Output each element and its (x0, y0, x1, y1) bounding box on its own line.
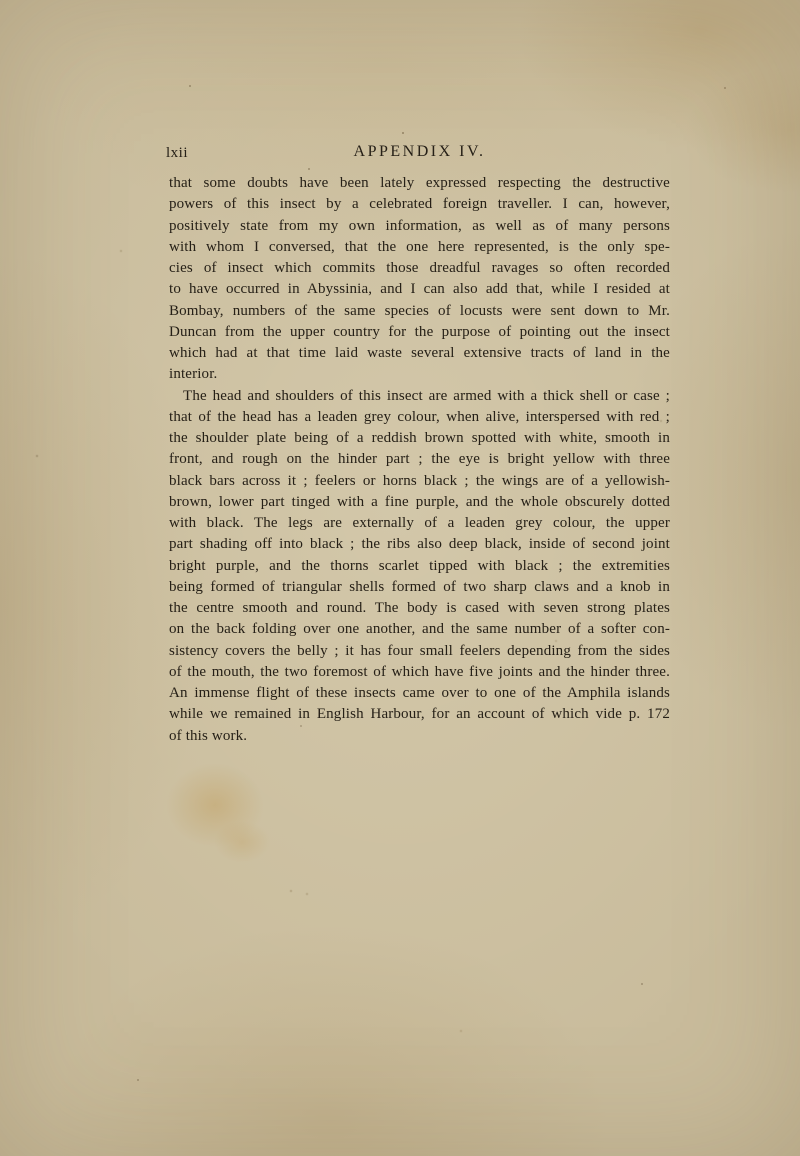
text-line: of the mouth, the two foremost of which … (169, 662, 670, 683)
text-line: The head and shoulders of this insect ar… (169, 386, 670, 407)
book-page: lxii APPENDIX IV. that some doubts have … (0, 0, 800, 1156)
body-text: that some doubts have been lately expres… (169, 173, 670, 747)
text-line: An immense flight of these insects came … (169, 683, 670, 704)
paragraph: The head and shoulders of this insect ar… (169, 386, 670, 747)
running-head: APPENDIX IV. (169, 143, 670, 161)
text-line: the centre smooth and round. The body is… (169, 598, 670, 619)
text-line: front, and rough on the hinder part ; th… (169, 449, 670, 470)
text-line: bright purple, and the thorns scarlet ti… (169, 556, 670, 577)
text-line: interior. (169, 364, 670, 385)
text-line: powers of this insect by a celebrated fo… (169, 194, 670, 215)
text-line: sistency covers the belly ; it has four … (169, 641, 670, 662)
text-line: with black. The legs are externally of a… (169, 513, 670, 534)
text-line: cies of insect which commits those dread… (169, 258, 670, 279)
paragraph: that some doubts have been lately expres… (169, 173, 670, 386)
text-line: the shoulder plate being of a reddish br… (169, 428, 670, 449)
text-line: part shading off into black ; the ribs a… (169, 534, 670, 555)
text-line: that some doubts have been lately expres… (169, 173, 670, 194)
text-line: Duncan from the upper country for the pu… (169, 322, 670, 343)
text-line: with whom I conversed, that the one here… (169, 237, 670, 258)
text-line: while we remained in English Harbour, fo… (169, 704, 670, 725)
text-line: black bars across it ; feelers or horns … (169, 471, 670, 492)
text-line: that of the head has a leaden grey colou… (169, 407, 670, 428)
text-line: on the back folding over one another, an… (169, 619, 670, 640)
text-line: positively state from my own information… (169, 216, 670, 237)
text-line: to have occurred in Abyssinia, and I can… (169, 279, 670, 300)
text-line: being formed of triangular shells formed… (169, 577, 670, 598)
foxing-specks (0, 0, 2, 2)
text-line: brown, lower part tinged with a fine pur… (169, 492, 670, 513)
text-line: of this work. (169, 726, 670, 747)
text-line: Bombay, numbers of the same species of l… (169, 301, 670, 322)
text-line: which had at that time laid waste severa… (169, 343, 670, 364)
